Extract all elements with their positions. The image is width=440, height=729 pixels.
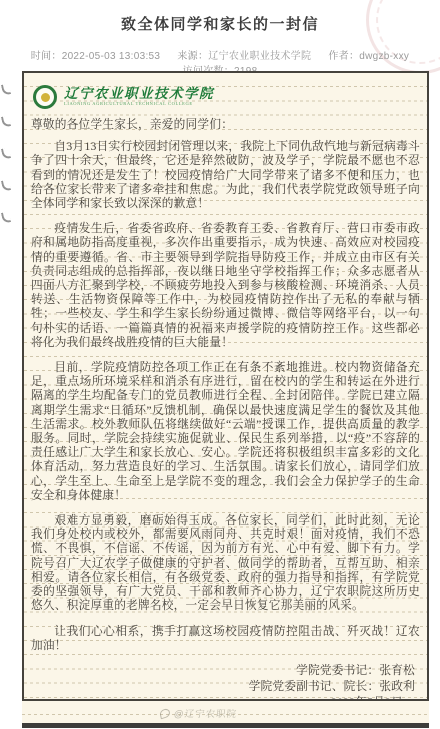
meta-author-label: 作者：: [328, 51, 359, 62]
page: { "page": { "title": "致全体同学和家长的一封信", "me…: [0, 0, 440, 729]
weibo-watermark: @辽宁农职院: [159, 706, 238, 720]
college-logo-text: 辽宁农业职业技术学院 LIAONING AGRICULTURAL TECHNIC…: [64, 87, 214, 107]
binder-ring-icon: [1, 83, 11, 95]
meta-time: 时间：2022-05-03 13:03:53: [31, 51, 160, 62]
photo-footer: @辽宁农职院: [22, 701, 429, 723]
binder-ring-icon: [1, 179, 11, 191]
meta-author-value: dwgzb-xxy: [359, 51, 409, 62]
letter-paragraph-1: 自3月13日实行校园封闭管理以来，我院上下同仇敌忾地与新冠病毒斗争了四十余天，但…: [31, 140, 420, 211]
emblem-core-icon: [41, 93, 50, 102]
college-logo: 辽宁农业职业技术学院 LIAONING AGRICULTURAL TECHNIC…: [33, 82, 420, 112]
meta-author: 作者：dwgzb-xxy: [328, 51, 409, 62]
college-emblem-icon: [33, 85, 57, 109]
binder-ring-icon: [1, 147, 11, 159]
weibo-watermark-icon: [159, 707, 171, 719]
letter-body: 辽宁农业职业技术学院 LIAONING AGRICULTURAL TECHNIC…: [22, 71, 429, 701]
college-name-english: LIAONING AGRICULTURAL TECHNICAL COLLEGE: [64, 101, 214, 107]
signature-president: 学院党委副书记、院长：张政利: [31, 679, 415, 695]
meta-time-label: 时间：: [31, 51, 62, 62]
signature-block: 学院党委书记：张育松 学院党委副书记、院长：张政利 2022年5月2日: [31, 663, 420, 701]
photo-bottom-edge: [22, 723, 429, 728]
meta-source-label: 来源：: [177, 51, 208, 62]
binder-ring-icon: [1, 211, 11, 223]
letter-paragraph-4: 艰难方显勇毅，磨砺始得玉成。各位家长，同学们，此时此刻，无论我们身处校内或校外，…: [31, 514, 420, 613]
signature-secretary: 学院党委书记：张育松: [31, 663, 415, 679]
meta-source-value: 辽宁农业职业技术学院: [208, 51, 311, 62]
meta-time-value: 2022-05-03 13:03:53: [62, 51, 161, 62]
letter-paragraph-3: 目前，学院疫情防控各项工作正在有条不紊地推进。校内物资储备充足，重点场所环境采样…: [31, 361, 420, 503]
binder-ring-icon: [1, 115, 11, 127]
college-name: 辽宁农业职业技术学院: [64, 87, 214, 101]
meta-source: 来源：辽宁农业职业技术学院: [177, 51, 311, 62]
letter-photo: 辽宁农业职业技术学院 LIAONING AGRICULTURAL TECHNIC…: [22, 71, 429, 728]
page-title: 致全体同学和家长的一封信: [0, 0, 440, 34]
letter-paragraph-2: 疫情发生后，省委省政府、省委教育工委、省教育厅、营口市委市政府和属地防指高度重视…: [31, 222, 420, 350]
letter-paragraph-5: 让我们心心相系，携手打赢这场校园疫情防控阻击战、歼灭战！辽农加油！: [31, 625, 420, 653]
letter-greeting: 尊敬的各位学生家长，亲爱的同学们：: [31, 118, 420, 132]
weibo-watermark-text: @辽宁农职院: [173, 706, 238, 720]
